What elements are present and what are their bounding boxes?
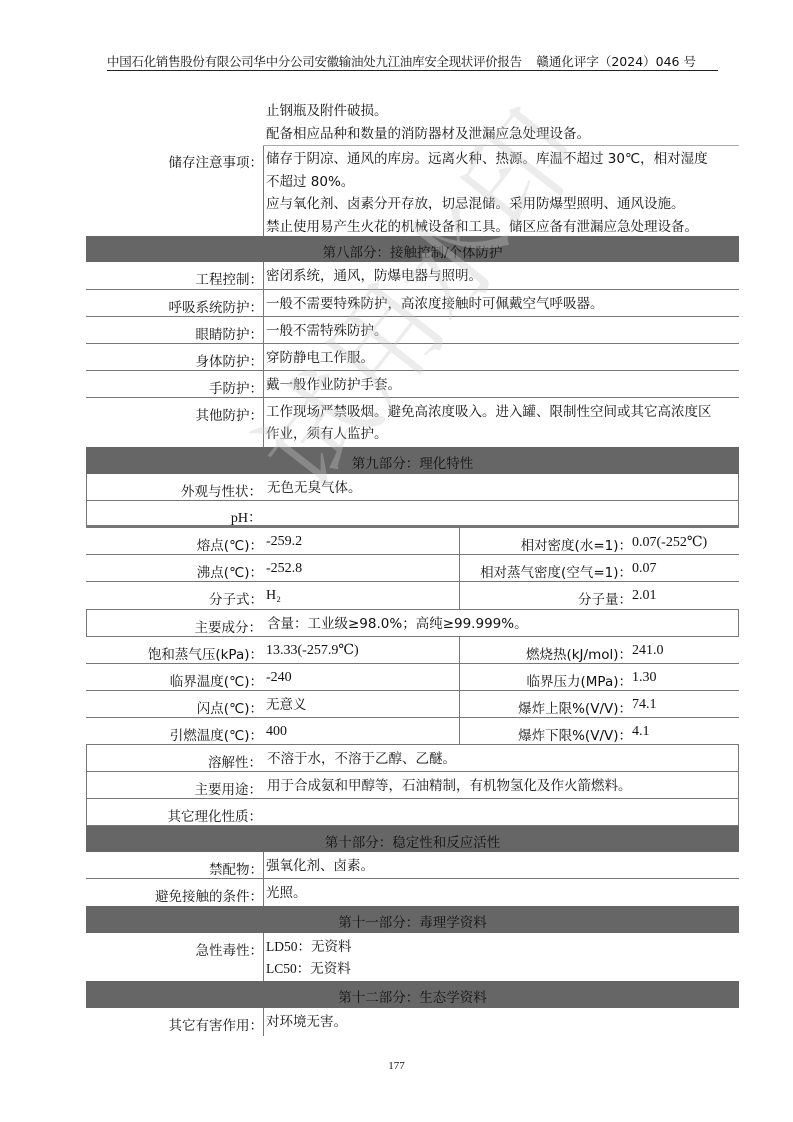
row-label-right: 相对蒸气密度(空气=1)： [480, 561, 632, 581]
row-value-right: 0.07(-252℃) [632, 534, 707, 551]
row-value-line: LD50：无资料 [266, 936, 352, 958]
table-row-pair: 引燃温度(℃)： 400 爆炸下限%(V/V)： 4.1 [86, 718, 739, 745]
row-value: 光照。 [266, 882, 307, 904]
table-row-pair: 临界温度(℃)： -240 临界压力(MPa)： 1.30 [86, 664, 739, 691]
table-row: pH： [86, 501, 739, 528]
table-row-pair: 分子式： H₂ 分子量： 2.01 [86, 582, 739, 609]
row-value-right: 4.1 [632, 724, 650, 740]
row-value-line: 作业，须有人监护。 [266, 423, 712, 445]
table-row: 溶解性： 不溶于水，不溶于乙醇、乙醚。 [86, 745, 739, 772]
row-value: 不溶于水，不溶于乙醇、乙醚。 [267, 748, 456, 770]
row-label-right: 相对密度(水=1)： [521, 534, 632, 554]
section-title: 第十二部分：生态学资料 [338, 990, 487, 1006]
table-row: 身体防护： 穿防静电工作服。 [86, 344, 739, 371]
table-row: 外观与性状： 无色无臭气体。 [86, 474, 739, 501]
row-label: 主要用途： [195, 778, 263, 798]
row-label: 沸点(℃)： [197, 561, 263, 581]
row-value-right: 0.07 [632, 561, 657, 577]
row-value: 戴一般作业防护手套。 [266, 374, 401, 396]
row-value: H₂ [266, 585, 281, 607]
section-title: 第十一部分：毒理学资料 [338, 915, 487, 931]
table-row-pair: 闪点(℃)： 无意义 爆炸上限%(V/V)： 74.1 [86, 691, 739, 718]
row-value-line: LC50：无资料 [266, 958, 352, 980]
table-row: 急性毒性： LD50：无资料 LC50：无资料 [86, 933, 739, 981]
row-value-line: 工作现场严禁吸烟。避免高浓度吸入。进入罐、限制性空间或其它高浓度区 [266, 401, 712, 423]
section-header-9: 第九部分：理化特性 [86, 447, 739, 474]
storage-line: 应与氧化剂、卤素分开存放，切忌混储。采用防爆型照明、通风设施。 [266, 193, 708, 216]
row-value: 用于合成氨和甲醇等，石油精制，有机物氢化及作火箭燃料。 [267, 775, 632, 797]
row-label-right: 临界压力(MPa)： [527, 670, 633, 690]
table-row-pair: 沸点(℃)： -252.8 相对蒸气密度(空气=1)： 0.07 [86, 555, 739, 582]
page-header: 中国石化销售股份有限公司华中分公司安徽输油处九江油库安全现状评价报告 赣通化评字… [107, 50, 718, 71]
section-title: 第九部分：理化特性 [352, 456, 474, 472]
row-label: 避免接触的条件： [155, 885, 263, 905]
row-label: 呼吸系统防护： [169, 296, 264, 316]
row-value: 密闭系统，通风，防爆电器与照明。 [266, 265, 482, 287]
table-row: 避免接触的条件： 光照。 [86, 879, 739, 906]
row-value: -259.2 [266, 531, 302, 553]
row-label-right: 燃烧热(kJ/mol)： [526, 643, 632, 663]
row-label: 其它有害作用： [169, 1014, 264, 1034]
row-label: 引燃温度(℃)： [170, 724, 263, 744]
row-label: 分子式： [209, 588, 263, 608]
row-label: 其它理化性质： [168, 805, 263, 825]
table-row: 手防护： 戴一般作业防护手套。 [86, 371, 739, 398]
row-label: 外观与性状： [181, 480, 262, 500]
row-label: 主要成分： [195, 616, 263, 636]
storage-line: 禁止使用易产生火花的机械设备和工具。储区应备有泄漏应急处理设备。 [266, 216, 708, 239]
section-header-12: 第十二部分：生态学资料 [86, 981, 739, 1008]
storage-line: 不超过 80%。 [266, 171, 708, 194]
row-label: 禁配物： [209, 858, 263, 878]
section-title: 第十部分：稳定性和反应活性 [325, 835, 501, 851]
row-label: pH： [231, 507, 262, 527]
row-value: -252.8 [266, 558, 302, 580]
row-label: 眼睛防护： [196, 323, 264, 343]
row-value: -240 [266, 667, 292, 689]
row-label: 身体防护： [196, 350, 264, 370]
row-value: 含量：工业级≥98.0%；高纯≥99.999%。 [267, 613, 528, 635]
page-number: 177 [0, 1060, 793, 1072]
row-value-right: 74.1 [632, 697, 657, 713]
row-value: 13.33(-257.9℃) [266, 640, 359, 662]
table-row-pair: 饱和蒸气压(kPa)： 13.33(-257.9℃) 燃烧热(kJ/mol)： … [86, 637, 739, 664]
table-row: 主要用途： 用于合成氨和甲醇等，石油精制，有机物氢化及作火箭燃料。 [86, 772, 739, 799]
row-label: 手防护： [209, 377, 263, 397]
divider [263, 145, 264, 236]
section-header-11: 第十一部分：毒理学资料 [86, 906, 739, 933]
table-row-pair: 熔点(℃)： -259.2 相对密度(水=1)： 0.07(-252℃) [86, 528, 739, 555]
continuation-line: 止钢瓶及附件破损。 [266, 99, 388, 119]
row-value-right: 1.30 [632, 670, 657, 686]
row-label-right: 爆炸下限%(V/V)： [518, 724, 632, 744]
row-value: 一般不需要特殊防护，高浓度接触时可佩戴空气呼吸器。 [266, 293, 604, 315]
section-header-10: 第十部分：稳定性和反应活性 [86, 826, 739, 852]
row-value: 强氧化剂、卤素。 [266, 855, 374, 877]
row-value: 一般不需特殊防护。 [266, 320, 388, 342]
row-label: 闪点(℃)： [197, 697, 263, 717]
row-value-right: 2.01 [632, 588, 657, 604]
table-row: 其它理化性质： [86, 799, 739, 826]
row-value: 无色无臭气体。 [267, 477, 362, 499]
row-label: 溶解性： [208, 751, 262, 771]
table-row: 其他防护： 工作现场严禁吸烟。避免高浓度吸入。进入罐、限制性空间或其它高浓度区 … [86, 398, 739, 447]
storage-row: 储存注意事项： 储存于阴凉、通风的库房。远离火种、热源。库温不超过 30℃，相对… [86, 145, 739, 236]
continuation-line: 配备相应品种和数量的消防器材及泄漏应急处理设备。 [266, 122, 590, 142]
row-value: 无意义 [266, 694, 307, 716]
section-title: 第八部分：接触控制/个体防护 [322, 245, 502, 261]
table-row: 主要成分： 含量：工业级≥98.0%；高纯≥99.999%。 [86, 609, 739, 637]
row-value: 穿防静电工作服。 [266, 347, 374, 369]
storage-label: 储存注意事项： [169, 151, 264, 171]
table-row: 禁配物： 强氧化剂、卤素。 [86, 852, 739, 879]
table-row: 其它有害作用： 对环境无害。 [86, 1008, 739, 1036]
row-label-right: 爆炸上限%(V/V)： [518, 697, 632, 717]
storage-line: 储存于阴凉、通风的库房。远离火种、热源。库温不超过 30℃，相对湿度 [266, 148, 708, 171]
row-label: 临界温度(℃)： [170, 670, 263, 690]
row-label: 其他防护： [196, 404, 264, 424]
table-row: 眼睛防护： 一般不需特殊防护。 [86, 317, 739, 344]
report-title: 中国石化销售股份有限公司华中分公司安徽输油处九江油库安全现状评价报告 [107, 52, 522, 70]
document-number: 赣通化评字（2024）046 号 [536, 52, 696, 70]
row-value-right: 241.0 [632, 643, 664, 659]
row-value: 对环境无害。 [266, 1011, 347, 1033]
section-header-8: 第八部分：接触控制/个体防护 [86, 236, 739, 262]
divider [263, 145, 739, 146]
table-row: 工程控制： 密闭系统，通风，防爆电器与照明。 [86, 262, 739, 290]
row-label-right: 分子量： [578, 588, 632, 608]
row-value: 400 [266, 721, 287, 743]
table-row: 呼吸系统防护： 一般不需要特殊防护，高浓度接触时可佩戴空气呼吸器。 [86, 290, 739, 317]
row-label: 工程控制： [196, 268, 264, 288]
row-label: 熔点(℃)： [197, 534, 263, 554]
row-label: 急性毒性： [196, 939, 264, 959]
row-label: 饱和蒸气压(kPa)： [148, 643, 263, 663]
